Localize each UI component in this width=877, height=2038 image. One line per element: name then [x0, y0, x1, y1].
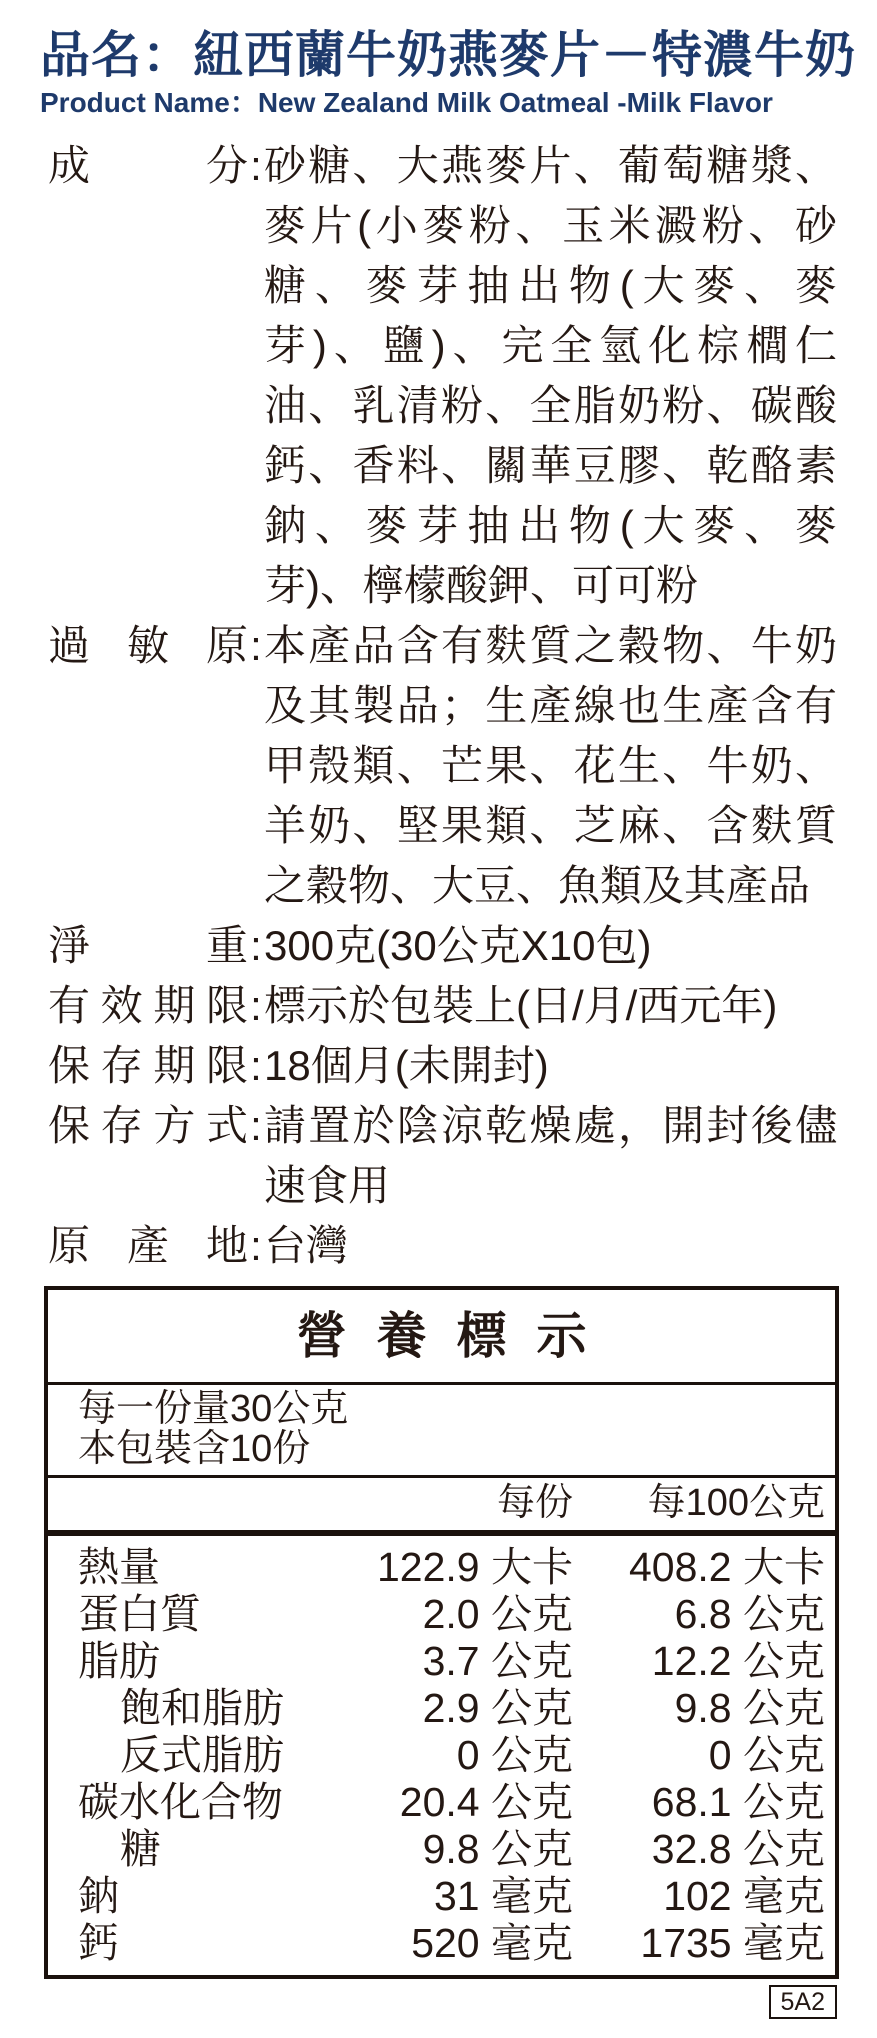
info-label: 成分	[48, 136, 248, 196]
info-value: 300克(30公克X10包)	[264, 916, 837, 976]
info-row: 原產地 : 台灣	[48, 1216, 837, 1276]
info-value: 本產品含有麩質之穀物、牛奶及其製品；生產線也生產含有甲殼類、芒果、花生、牛奶、羊…	[264, 616, 837, 916]
product-name-cn: 品名：紐西蘭牛奶燕麥片－特濃牛奶	[40, 26, 841, 84]
info-colon: :	[248, 1216, 264, 1276]
nutrition-row: 糖 9.8 公克 32.8 公克	[48, 1826, 835, 1873]
info-label: 保存期限	[48, 1036, 248, 1096]
info-colon: :	[248, 916, 264, 976]
nutrient-per-serving: 2.0 公克	[335, 1591, 573, 1638]
nutrient-per-100g: 6.8 公克	[573, 1591, 825, 1638]
nutrition-row: 碳水化合物 20.4 公克 68.1 公克	[48, 1779, 835, 1826]
header: 品名：紐西蘭牛奶燕麥片－特濃牛奶 Product Name：New Zealan…	[0, 0, 877, 120]
info-value: 標示於包裝上(日/月/西元年)	[264, 976, 837, 1036]
nutrient-per-serving: 0 公克	[335, 1732, 573, 1779]
nutrient-name: 脂肪	[78, 1638, 335, 1685]
product-label: 品名：紐西蘭牛奶燕麥片－特濃牛奶 Product Name：New Zealan…	[0, 0, 877, 2038]
nutrient-name: 糖	[78, 1826, 335, 1873]
nutrient-per-100g: 1735 毫克	[573, 1920, 825, 1967]
info-label: 保存方式	[48, 1096, 248, 1156]
column-header-per-serving: 每份	[335, 1482, 573, 1524]
product-info-list: 成分 : 砂糖、大燕麥片、葡萄糖漿、麥片(小麥粉、玉米澱粉、砂糖、麥芽抽出物(大…	[0, 120, 877, 1276]
nutrition-facts-table: 營養標示 每一份量30公克 本包裝含10份 每份 每100公克 熱量 122.9…	[44, 1286, 839, 1979]
serving-info: 每一份量30公克 本包裝含10份	[48, 1385, 835, 1478]
nutrition-row: 鈣 520 毫克 1735 毫克	[48, 1920, 835, 1967]
info-label: 過敏原	[48, 616, 248, 676]
nutrient-per-100g: 0 公克	[573, 1732, 825, 1779]
info-colon: :	[248, 616, 264, 676]
nutrition-row: 熱量 122.9 大卡 408.2 大卡	[48, 1544, 835, 1591]
nutrient-per-serving: 2.9 公克	[335, 1685, 573, 1732]
info-value: 台灣	[264, 1216, 837, 1276]
info-colon: :	[248, 136, 264, 196]
info-label: 有效期限	[48, 976, 248, 1036]
servings-per-pack: 本包裝含10份	[78, 1429, 835, 1469]
info-row: 過敏原 : 本產品含有麩質之穀物、牛奶及其製品；生產線也生產含有甲殼類、芒果、花…	[48, 616, 837, 916]
nutrient-per-serving: 122.9 大卡	[335, 1544, 573, 1591]
nutrient-per-100g: 102 毫克	[573, 1873, 825, 1920]
column-header-row: 每份 每100公克	[48, 1478, 835, 1536]
nutrition-row: 反式脂肪 0 公克 0 公克	[48, 1732, 835, 1779]
nutrition-row: 蛋白質 2.0 公克 6.8 公克	[48, 1591, 835, 1638]
info-colon: :	[248, 1096, 264, 1156]
nutrition-row: 脂肪 3.7 公克 12.2 公克	[48, 1638, 835, 1685]
info-row: 有效期限 : 標示於包裝上(日/月/西元年)	[48, 976, 837, 1036]
nutrient-per-100g: 408.2 大卡	[573, 1544, 825, 1591]
nutrient-per-100g: 9.8 公克	[573, 1685, 825, 1732]
nutrient-per-100g: 32.8 公克	[573, 1826, 825, 1873]
nutrition-row: 鈉 31 毫克 102 毫克	[48, 1873, 835, 1920]
nutrient-per-serving: 520 毫克	[335, 1920, 573, 1967]
nutrition-title: 營養標示	[48, 1290, 835, 1385]
nutrient-per-serving: 3.7 公克	[335, 1638, 573, 1685]
nutrient-name: 蛋白質	[78, 1591, 335, 1638]
nutrient-name: 飽和脂肪	[78, 1685, 335, 1732]
info-row: 成分 : 砂糖、大燕麥片、葡萄糖漿、麥片(小麥粉、玉米澱粉、砂糖、麥芽抽出物(大…	[48, 136, 837, 616]
nutrient-per-100g: 68.1 公克	[573, 1779, 825, 1826]
info-label: 原產地	[48, 1216, 248, 1276]
nutrient-per-100g: 12.2 公克	[573, 1638, 825, 1685]
info-value: 18個月(未開封)	[264, 1036, 837, 1096]
nutrient-per-serving: 9.8 公克	[335, 1826, 573, 1873]
info-value: 砂糖、大燕麥片、葡萄糖漿、麥片(小麥粉、玉米澱粉、砂糖、麥芽抽出物(大麥、麥芽)…	[264, 136, 837, 616]
info-colon: :	[248, 976, 264, 1036]
product-name-en: Product Name：New Zealand Milk Oatmeal -M…	[40, 86, 841, 120]
info-row: 淨重 : 300克(30公克X10包)	[48, 916, 837, 976]
nutrient-per-serving: 20.4 公克	[335, 1779, 573, 1826]
serving-size: 每一份量30公克	[78, 1389, 835, 1429]
info-label: 淨重	[48, 916, 248, 976]
batch-code: 5A2	[769, 1985, 837, 2019]
nutrient-per-serving: 31 毫克	[335, 1873, 573, 1920]
nutrition-rows: 熱量 122.9 大卡 408.2 大卡 蛋白質 2.0 公克 6.8 公克 脂…	[48, 1536, 835, 1975]
info-row: 保存方式 : 請置於陰涼乾燥處，開封後儘速食用	[48, 1096, 837, 1216]
batch-code-area: 5A2	[0, 1985, 877, 2019]
info-row: 保存期限 : 18個月(未開封)	[48, 1036, 837, 1096]
info-colon: :	[248, 1036, 264, 1096]
nutrient-name: 碳水化合物	[78, 1779, 335, 1826]
nutrient-name: 鈉	[78, 1873, 335, 1920]
info-value: 請置於陰涼乾燥處，開封後儘速食用	[264, 1096, 837, 1216]
nutrient-name: 反式脂肪	[78, 1732, 335, 1779]
column-header-per-100g: 每100公克	[573, 1482, 825, 1524]
nutrient-name: 鈣	[78, 1920, 335, 1967]
nutrition-row: 飽和脂肪 2.9 公克 9.8 公克	[48, 1685, 835, 1732]
nutrient-name: 熱量	[78, 1544, 335, 1591]
